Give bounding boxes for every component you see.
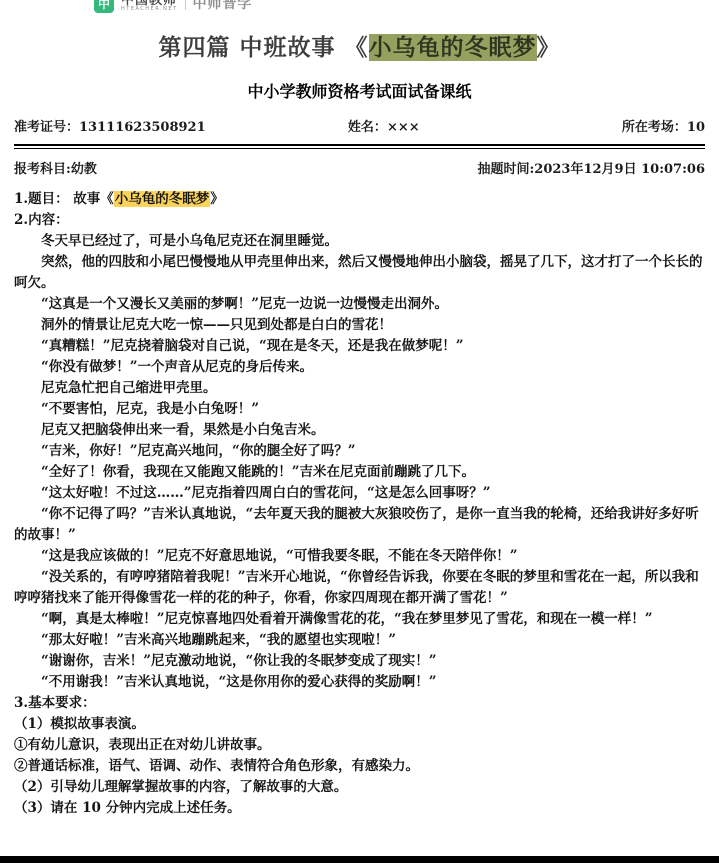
page-title-prefix: 第四篇 中班故事 《 bbox=[158, 34, 368, 61]
brand-site-url: HTEACHER.NET bbox=[121, 7, 178, 12]
question-title-suffix: 》 bbox=[210, 191, 224, 207]
story-paragraph: “真糟糕！”尼克挠着脑袋对自己说，“现在是冬天，还是我在做梦呢！” bbox=[14, 336, 705, 357]
draw-time-label: 抽题时间: bbox=[477, 162, 534, 177]
story-paragraph: “谢谢你，吉米！”尼克激动地说，“你让我的冬眠梦变成了现实！” bbox=[14, 651, 705, 672]
ticket-number-field: 准考证号：13111623508921 bbox=[14, 116, 206, 135]
page-title: 第四篇 中班故事 《小乌龟的冬眠梦》 bbox=[0, 29, 719, 62]
question-title-highlight: 小乌龟的冬眠梦 bbox=[114, 191, 211, 207]
story-paragraph: “你没有做梦！”一个声音从尼克的身后传来。 bbox=[14, 357, 705, 378]
story-paragraph: “那太好啦！”吉米高兴地蹦跳起来，“我的愿望也实现啦！” bbox=[14, 630, 705, 651]
examinee-info-row: 准考证号：13111623508921 姓名：××× 所在考场：10 bbox=[14, 116, 705, 135]
page-bottom-bar bbox=[0, 856, 719, 863]
requirement-item: （1）模拟故事表演。 bbox=[14, 714, 705, 735]
site-logo: 中 中国教师 HTEACHER.NET 中师晋学 bbox=[94, 0, 253, 15]
story-paragraph: 尼克急忙把自己缩进甲壳里。 bbox=[14, 378, 705, 399]
requirement-item: ①有幼儿意识，表现出正在对幼儿讲故事。 bbox=[14, 735, 705, 756]
document-body: 1.题目： 故事《小乌龟的冬眠梦》 2.内容： 冬天早已经过了，可是小乌龟尼克还… bbox=[14, 189, 705, 819]
story-paragraph: “啊，真是太棒啦！”尼克惊喜地四处看着开满像雪花的花，“我在梦里梦见了雪花，和现… bbox=[14, 609, 705, 630]
name-value: ××× bbox=[387, 120, 420, 135]
story-paragraph: 冬天早已经过了，可是小乌龟尼克还在洞里睡觉。 bbox=[14, 231, 705, 252]
page-title-suffix: 》 bbox=[537, 34, 561, 61]
requirement-item: ②普通话标准，语气、语调、动作、表情符合角色形象，有感染力。 bbox=[14, 756, 705, 777]
ticket-number-value: 13111623508921 bbox=[79, 120, 206, 135]
story-paragraph: “这太好啦！不过这……”尼克指着四周白白的雪花问，“这是怎么回事呀？” bbox=[14, 483, 705, 504]
story-paragraph: “没关系的，有哼哼猪陪着我呢！”吉米开心地说，“你曾经告诉我，你要在冬眠的梦里和… bbox=[14, 567, 705, 609]
subject-label: 报考科目: bbox=[14, 162, 71, 177]
story-paragraph: “不要害怕，尼克，我是小白兔呀！” bbox=[14, 399, 705, 420]
question-title-prefix: 1.题目： 故事《 bbox=[14, 191, 114, 207]
story-paragraph: “这是我应该做的！”尼克不好意思地说，“可惜我要冬眠，不能在冬天陪伴你！” bbox=[14, 546, 705, 567]
story-paragraph: “吉米，你好！”尼克高兴地问，“你的腿全好了吗？” bbox=[14, 441, 705, 462]
subject-value: 幼教 bbox=[71, 162, 97, 177]
name-label: 姓名： bbox=[348, 120, 387, 135]
story-paragraph: “不用谢我！”吉米认真地说，“这是你用你的爱心获得的奖励啊！” bbox=[14, 672, 705, 693]
subject-field: 报考科目:幼教 bbox=[14, 158, 97, 177]
story-paragraph: “你不记得了吗？”吉米认真地说，“去年夏天我的腿被大灰狼咬伤了，是你一直当我的轮… bbox=[14, 504, 705, 546]
requirements-list: （1）模拟故事表演。①有幼儿意识，表现出正在对幼儿讲故事。②普通话标准，语气、语… bbox=[14, 714, 705, 819]
story-paragraph: “全好了！你看，我现在又能跑又能跳的！”吉米在尼克面前蹦跳了几下。 bbox=[14, 462, 705, 483]
draw-time-value: 2023年12月9日 10:07:06 bbox=[534, 162, 705, 177]
header-divider-rule bbox=[14, 144, 705, 149]
brand-secondary-name: 中师晋学 bbox=[193, 0, 253, 13]
subject-time-row: 报考科目:幼教 抽题时间:2023年12月9日 10:07:06 bbox=[14, 158, 705, 177]
document-subtitle: 中小学教师资格考试面试备课纸 bbox=[0, 79, 719, 102]
requirement-item: （3）请在 10 分钟内完成上述任务。 bbox=[14, 798, 705, 819]
requirement-item: （2）引导幼儿理解掌握故事的内容，了解故事的大意。 bbox=[14, 777, 705, 798]
page-title-highlight: 小乌龟的冬眠梦 bbox=[369, 34, 537, 61]
question-title-line: 1.题目： 故事《小乌龟的冬眠梦》 bbox=[14, 189, 705, 210]
brand-divider bbox=[185, 0, 186, 10]
story-paragraph: 尼克又把脑袋伸出来一看，果然是小白兔吉米。 bbox=[14, 420, 705, 441]
name-field: 姓名：××× bbox=[348, 116, 420, 135]
story-text: 冬天早已经过了，可是小乌龟尼克还在洞里睡觉。突然，他的四肢和小尾巴慢慢地从甲壳里… bbox=[14, 231, 705, 693]
brand-logo-icon: 中 bbox=[94, 0, 114, 13]
exam-prep-sheet: 中 中国教师 HTEACHER.NET 中师晋学 第四篇 中班故事 《小乌龟的冬… bbox=[0, 0, 719, 863]
exam-room-field: 所在考场：10 bbox=[622, 116, 705, 135]
story-paragraph: “这真是一个又漫长又美丽的梦啊！”尼克一边说一边慢慢走出洞外。 bbox=[14, 294, 705, 315]
story-paragraph: 突然，他的四肢和小尾巴慢慢地从甲壳里伸出来，然后又慢慢地伸出小脑袋，摇晃了几下，… bbox=[14, 252, 705, 294]
draw-time-field: 抽题时间:2023年12月9日 10:07:06 bbox=[477, 158, 705, 177]
story-paragraph: 洞外的情景让尼克大吃一惊——只见到处都是白白的雪花！ bbox=[14, 315, 705, 336]
ticket-number-label: 准考证号： bbox=[14, 120, 79, 135]
exam-room-label: 所在考场： bbox=[622, 120, 687, 135]
content-heading: 2.内容： bbox=[14, 210, 705, 231]
exam-room-value: 10 bbox=[687, 120, 705, 135]
requirements-heading: 3.基本要求： bbox=[14, 693, 705, 714]
brand-text-block: 中国教师 HTEACHER.NET bbox=[121, 0, 178, 12]
